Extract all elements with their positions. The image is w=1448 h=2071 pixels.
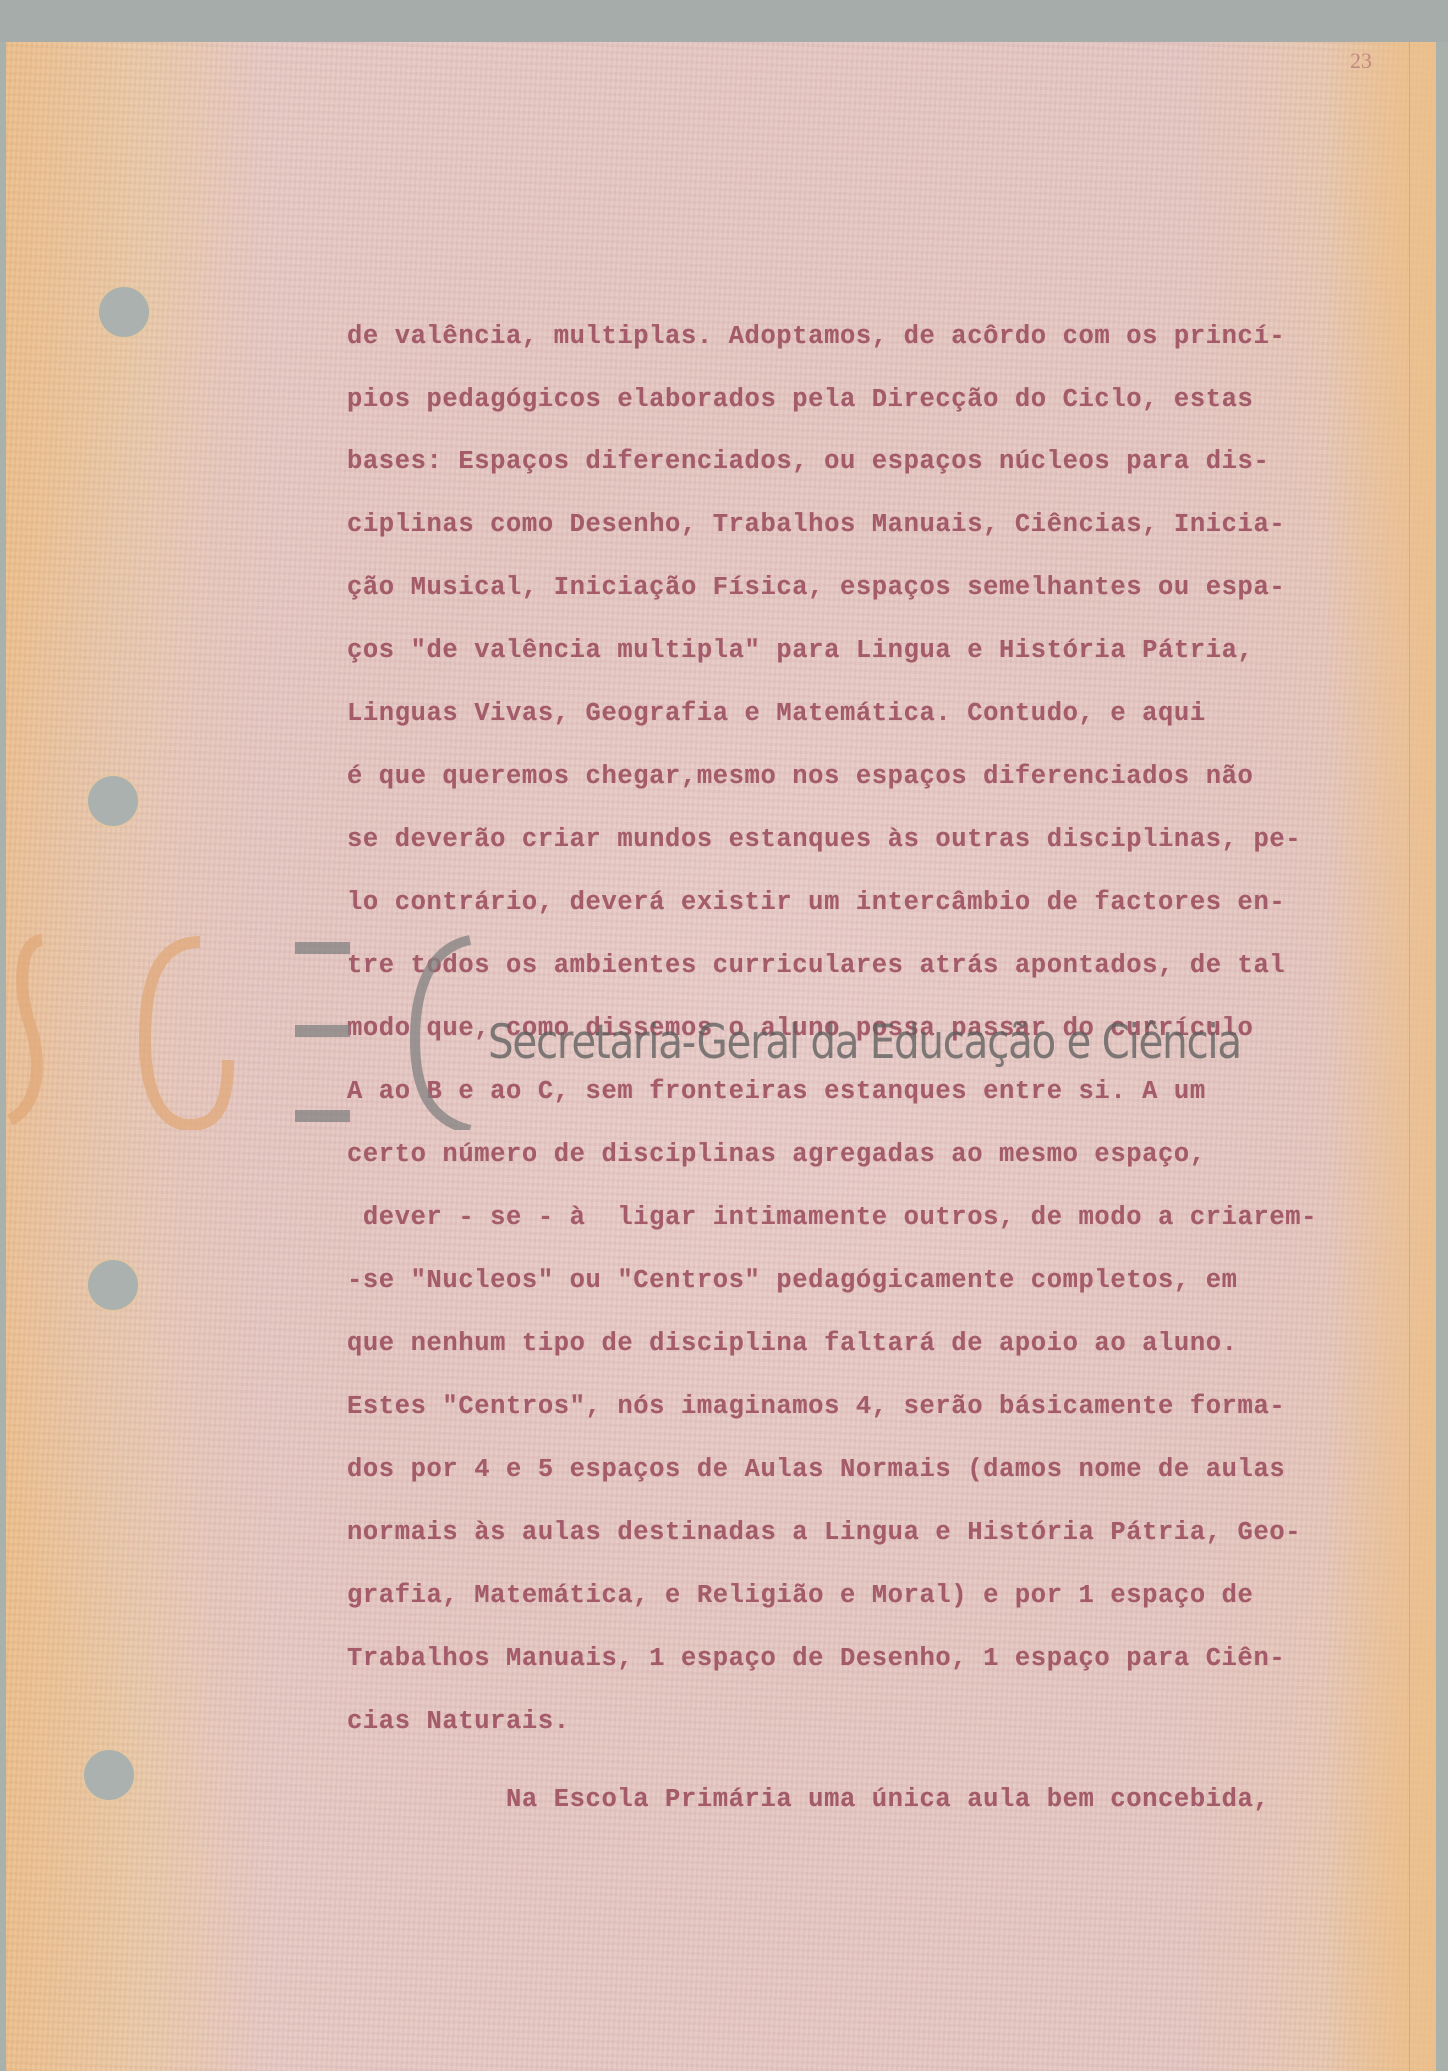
text-line: grafia, Matemática, e Religião e Moral) …	[347, 1581, 1253, 1611]
punch-hole-icon	[88, 1260, 138, 1310]
text-line: de valência, multiplas. Adoptamos, de ac…	[347, 322, 1285, 352]
text-line: bases: Espaços diferenciados, ou espaços…	[347, 447, 1269, 477]
text-line: dos por 4 e 5 espaços de Aulas Normais (…	[347, 1455, 1285, 1485]
text-line: pios pedagógicos elaborados pela Direcçã…	[347, 385, 1253, 415]
text-line: cias Naturais.	[347, 1707, 570, 1737]
punch-hole-icon	[99, 287, 149, 337]
punch-hole-icon	[88, 776, 138, 826]
text-line: lo contrário, deverá existir um intercâm…	[347, 888, 1285, 918]
page-number: 23	[1350, 48, 1372, 74]
text-line: Estes "Centros", nós imaginamos 4, serão…	[347, 1392, 1285, 1422]
text-line-paragraph-start: Na Escola Primária uma única aula bem co…	[347, 1785, 1269, 1815]
text-line: normais às aulas destinadas a Lingua e H…	[347, 1518, 1301, 1548]
text-line: certo número de disciplinas agregadas ao…	[347, 1140, 1206, 1170]
scanner-background-top	[0, 0, 1448, 42]
text-line: Trabalhos Manuais, 1 espaço de Desenho, …	[347, 1644, 1285, 1674]
text-line: A ao B e ao C, sem fronteiras estanques …	[347, 1077, 1206, 1107]
text-line: modo que, como dissemos o aluno possa pa…	[347, 1014, 1253, 1044]
text-line: dever - se - à ligar intimamente outros,…	[347, 1203, 1317, 1233]
text-line: ção Musical, Iniciação Física, espaços s…	[347, 573, 1285, 603]
text-line: -se "Nucleos" ou "Centros" pedagógicamen…	[347, 1266, 1238, 1296]
text-line: tre todos os ambientes curriculares atrá…	[347, 951, 1285, 981]
text-line: ciplinas como Desenho, Trabalhos Manuais…	[347, 510, 1285, 540]
punch-hole-icon	[84, 1750, 134, 1800]
text-line: se deverão criar mundos estanques às out…	[347, 825, 1301, 855]
text-line: ços "de valência multipla" para Lingua e…	[347, 636, 1253, 666]
page-fold-line	[1409, 42, 1410, 2071]
text-line: que nenhum tipo de disciplina faltará de…	[347, 1329, 1238, 1359]
text-line: é que queremos chegar,mesmo nos espaços …	[347, 762, 1253, 792]
text-line: Linguas Vivas, Geografia e Matemática. C…	[347, 699, 1206, 729]
